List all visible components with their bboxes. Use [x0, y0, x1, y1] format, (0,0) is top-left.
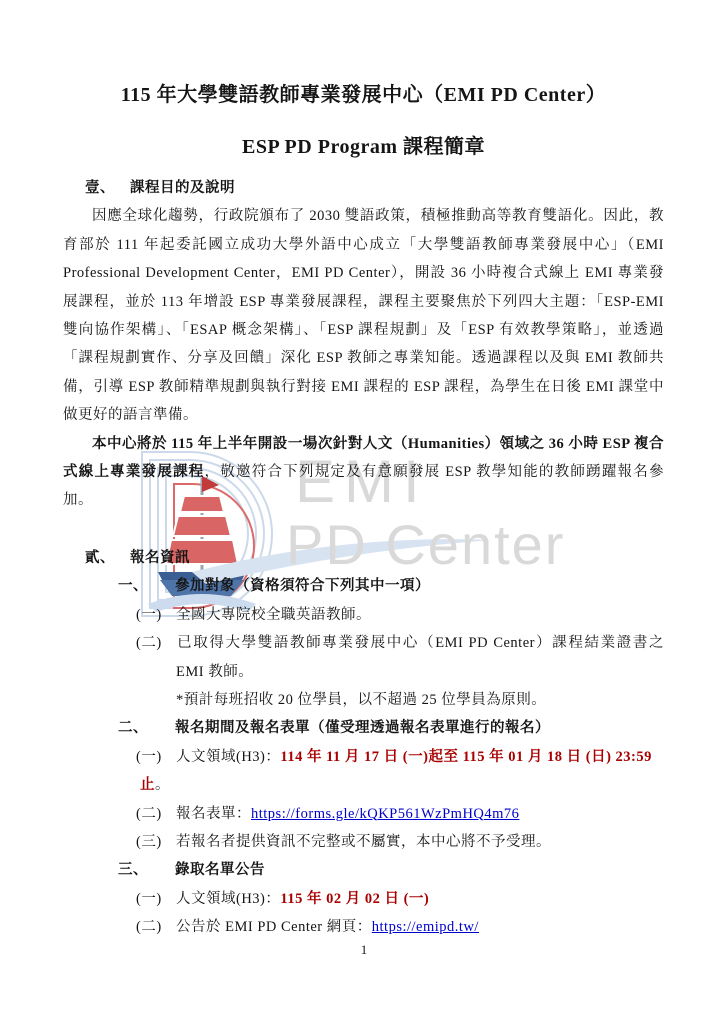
list-item-registration-form: (二)報名表單：https://forms.gle/kQKP561WzPmHQ4… — [63, 800, 664, 828]
subsection-number: 二、 — [118, 714, 175, 742]
subheading-participants: 一、參加對象（資格須符合下列其中一項） — [63, 572, 664, 600]
list-item-website: (二)公告於 EMI PD Center 網頁：https://emipd.tw… — [63, 913, 664, 941]
doc-title-line-2: ESP PD Program 課程簡章 — [63, 132, 664, 162]
subheading-label: 參加對象（資格須符合下列其中一項） — [175, 578, 430, 594]
subheading-registration-period: 二、報名期間及報名表單（僅受理透過報名表單進行的報名） — [63, 714, 664, 742]
subheading-label: 錄取名單公告 — [175, 862, 265, 878]
page-number: 1 — [0, 942, 728, 958]
announcement-paragraph: 本中心將於 115 年上半年開設一場次針對人文（Humanities）領域之 3… — [63, 430, 664, 515]
subsection-number: 一、 — [118, 572, 175, 600]
item-number: (一) — [136, 885, 176, 913]
item-number: (一) — [136, 601, 176, 629]
section-heading-registration: 貳、報名資訊 — [63, 544, 664, 572]
item-label: 人文領域(H3)： — [176, 891, 280, 907]
registration-period-end: 止 — [140, 777, 155, 793]
admission-announcement-date: 115 年 02 月 02 日 (一) — [280, 891, 429, 907]
doc-title-line-1: 115 年大學雙語教師專業發展中心（EMI PD Center） — [63, 80, 664, 110]
item-number: (二) — [136, 629, 176, 657]
registration-period-date: 114 年 11 月 17 日 (一)起至 115 年 01 月 18 日 (日… — [280, 749, 652, 765]
item-label: 人文領域(H3)： — [176, 749, 280, 765]
item-number: (一) — [136, 743, 176, 771]
section-heading-purpose: 壹、課程目的及說明 — [63, 174, 664, 202]
subheading-label: 報名期間及報名表單（僅受理透過報名表單進行的報名） — [175, 720, 550, 736]
item-number: (二) — [136, 800, 176, 828]
item-number: (三) — [136, 828, 176, 856]
registration-date-continuation: 止。 — [63, 771, 664, 799]
period-mark: 。 — [155, 777, 170, 793]
section-heading-label: 報名資訊 — [130, 550, 190, 566]
document-page: EMI PD Center 115 年大學雙語教師專業發展中心（EMI PD C… — [0, 0, 728, 1029]
item-text: 已取得大學雙語教師專業發展中心（EMI PD Center）課程結業證書之 EM… — [176, 635, 664, 679]
subheading-admission-announcement: 三、錄取名單公告 — [63, 856, 664, 884]
item-text: 若報名者提供資訊不完整或不屬實，本中心將不予受理。 — [176, 834, 551, 850]
list-item-admission-date: (一)人文領域(H3)：115 年 02 月 02 日 (一) — [63, 885, 664, 913]
item-label: 公告於 EMI PD Center 網頁： — [176, 919, 372, 935]
section-heading-label: 課程目的及說明 — [130, 180, 235, 196]
list-item-participants-1: (一)全國大專院校全職英語教師。 — [63, 601, 664, 629]
emipd-website-link[interactable]: https://emipd.tw/ — [372, 919, 479, 935]
item-label: 報名表單： — [176, 806, 251, 822]
class-size-note: *預計每班招收 20 位學員，以不超過 25 位學員為原則。 — [63, 686, 664, 714]
subsection-number: 三、 — [118, 856, 175, 884]
item-text: 全國大專院校全職英語教師。 — [176, 607, 371, 623]
item-number: (二) — [136, 913, 176, 941]
section-number: 壹、 — [85, 174, 130, 202]
purpose-paragraph: 因應全球化趨勢，行政院頒布了 2030 雙語政策，積極推動高等教育雙語化。因此，… — [63, 202, 664, 429]
list-item-participants-2: (二)已取得大學雙語教師專業發展中心（EMI PD Center）課程結業證書之… — [63, 629, 664, 686]
section-number: 貳、 — [85, 544, 130, 572]
registration-form-link[interactable]: https://forms.gle/kQKP561WzPmHQ4m76 — [251, 806, 519, 822]
document-content: 115 年大學雙語教師專業發展中心（EMI PD Center） ESP PD … — [63, 80, 664, 942]
list-item-incomplete-info: (三)若報名者提供資訊不完整或不屬實，本中心將不予受理。 — [63, 828, 664, 856]
list-item-registration-date: (一)人文領域(H3)：114 年 11 月 17 日 (一)起至 115 年 … — [63, 743, 664, 771]
